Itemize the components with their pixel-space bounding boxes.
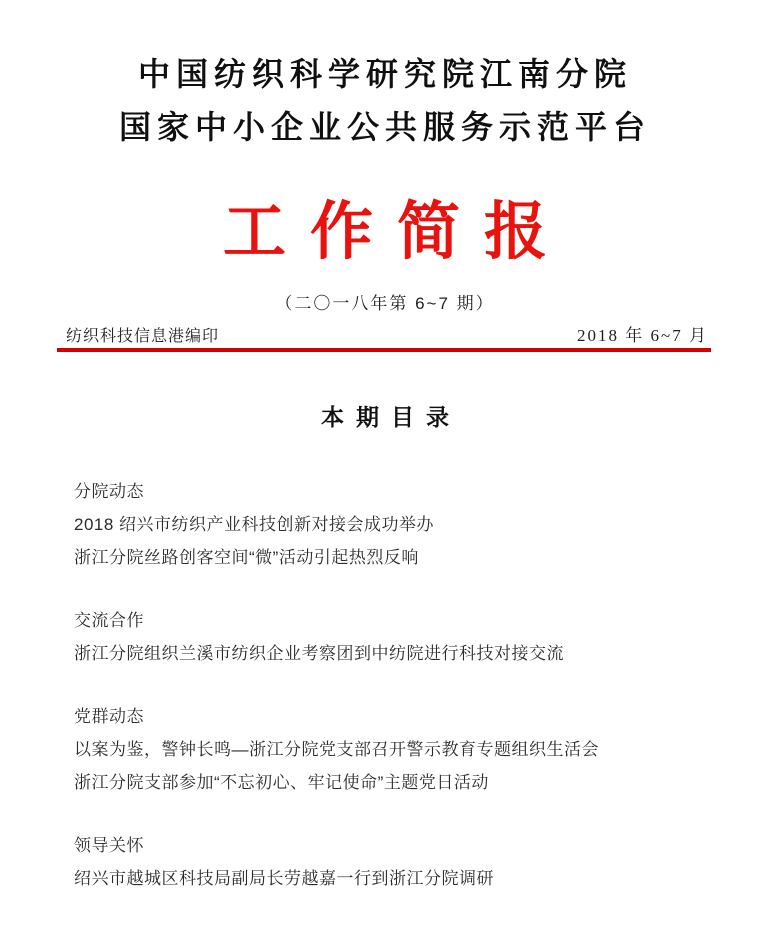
toc-section-heading: 领导关怀 [74, 829, 710, 862]
toc-item: 浙江分院支部参加“不忘初心、牢记使命”主题党日活动 [74, 766, 710, 799]
publish-date: 2018 年 6~7 月 [577, 321, 708, 346]
toc-section-party-group-news: 党群动态 以案为鉴，警钟长鸣—浙江分院党支部召开警示教育专题组织生活会 浙江分院… [74, 700, 710, 799]
toc-section-heading: 交流合作 [74, 604, 710, 637]
org-header: 中国纺织科学研究院江南分院 国家中小企业公共服务示范平台 [0, 0, 770, 147]
bulletin-title: 工作简报 [0, 197, 770, 267]
toc-section-exchange-cooperation: 交流合作 浙江分院组织兰溪市纺织企业考察团到中纺院进行科技对接交流 [74, 604, 710, 670]
toc-section-heading: 分院动态 [74, 475, 710, 508]
toc-item: 绍兴市越城区科技局副局长劳越嘉一行到浙江分院调研 [74, 862, 710, 895]
toc-item: 浙江分院丝路创客空间“微”活动引起热烈反响 [74, 541, 710, 574]
toc-item: 2018 绍兴市纺织产业科技创新对接会成功举办 [74, 508, 710, 541]
masthead: 纺织科技信息港编印 2018 年 6~7 月 [66, 321, 708, 346]
toc-section-heading: 党群动态 [74, 700, 710, 733]
bulletin-page: 中国纺织科学研究院江南分院 国家中小企业公共服务示范平台 工作简报 （二〇一八年… [0, 0, 770, 947]
issue-number: （二〇一八年第 6~7 期） [0, 289, 770, 314]
org-name-line2: 国家中小企业公共服务示范平台 [0, 107, 770, 147]
publisher-label: 纺织科技信息港编印 [66, 323, 219, 346]
table-of-contents: 分院动态 2018 绍兴市纺织产业科技创新对接会成功举办 浙江分院丝路创客空间“… [74, 475, 710, 895]
toc-item: 以案为鉴，警钟长鸣—浙江分院党支部召开警示教育专题组织生活会 [74, 733, 710, 766]
toc-title: 本期目录 [0, 399, 770, 432]
org-name-line1: 中国纺织科学研究院江南分院 [0, 54, 770, 94]
toc-section-leadership-care: 领导关怀 绍兴市越城区科技局副局长劳越嘉一行到浙江分院调研 [74, 829, 710, 895]
toc-item: 浙江分院组织兰溪市纺织企业考察团到中纺院进行科技对接交流 [74, 637, 710, 670]
toc-section-branch-news: 分院动态 2018 绍兴市纺织产业科技创新对接会成功举办 浙江分院丝路创客空间“… [74, 475, 710, 574]
red-divider-rule [57, 348, 711, 352]
